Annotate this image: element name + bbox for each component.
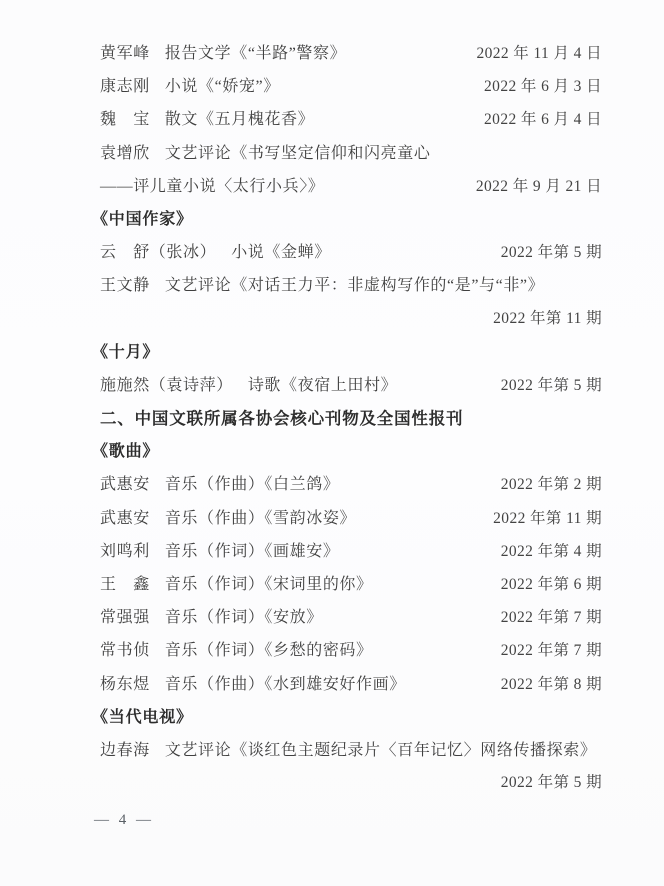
line-text: 王文静文艺评论《对话王力平：非虚构写作的“是”与“非”》 (100, 272, 602, 295)
work-title: 音乐（作曲）《水到雄安好作画》 (165, 676, 406, 693)
line-text: 武惠安音乐（作曲）《雪韵冰姿》 (100, 505, 493, 528)
publication-date: 2022 年第 6 期 (501, 572, 602, 594)
entry-row: 云 舒（张冰）小说《金蝉》2022 年第 5 期 (0, 239, 664, 272)
line-text: 边春海文艺评论《谈红色主题纪录片〈百年记忆〉网络传播探索》 (100, 737, 602, 760)
section-heading: 二、中国文联所属各协会核心刊物及全国性报刊 (100, 410, 463, 428)
work-title: 音乐（作词）《宋词里的你》 (165, 576, 373, 593)
entry-row: 袁增欣文艺评论《书写坚定信仰和闪亮童心 (0, 140, 664, 173)
work-title: 小说《金蝉》 (231, 244, 331, 261)
journal-title: 《当代电视》 (92, 709, 193, 726)
publication-date: 2022 年 6 月 3 日 (484, 74, 602, 96)
work-title: 文艺评论《对话王力平：非虚构写作的“是”与“非”》 (165, 277, 544, 294)
entry-row: 常书侦音乐（作词）《乡愁的密码》2022 年第 7 期 (0, 637, 664, 670)
work-title: 音乐（作词）《乡愁的密码》 (165, 642, 373, 659)
entry-row: 王 鑫音乐（作词）《宋词里的你》2022 年第 6 期 (0, 571, 664, 604)
entry-row: 边春海文艺评论《谈红色主题纪录片〈百年记忆〉网络传播探索》 (0, 737, 664, 770)
author-name: 边春海 (100, 742, 150, 759)
journal-row: 《歌曲》 (0, 438, 664, 471)
journal-row: 《十月》 (0, 339, 664, 372)
author-name: 云 舒（张冰） (100, 244, 216, 261)
heading-row: 二、中国文联所属各协会核心刊物及全国性报刊 (0, 405, 664, 438)
journal-title: 《歌曲》 (92, 443, 159, 460)
publication-date: 2022 年 11 月 4 日 (476, 41, 602, 63)
line-text: 二、中国文联所属各协会核心刊物及全国性报刊 (100, 405, 602, 429)
document-page: 黄军峰报告文学《“半路”警察》2022 年 11 月 4 日康志刚小说《“娇宠”… (0, 0, 664, 886)
document-body: 黄军峰报告文学《“半路”警察》2022 年 11 月 4 日康志刚小说《“娇宠”… (0, 40, 664, 803)
publication-date: 2022 年第 7 期 (501, 638, 602, 660)
entry-row: 王文静文艺评论《对话王力平：非虚构写作的“是”与“非”》 (0, 272, 664, 305)
line-text: 《歌曲》 (92, 438, 602, 461)
date-only-row: 2022 年第 5 期 (0, 770, 664, 803)
publication-date: 2022 年第 5 期 (501, 373, 602, 395)
line-text: 常强强音乐（作词）《安放》 (100, 604, 501, 627)
work-title: 文艺评论《书写坚定信仰和闪亮童心 (165, 145, 431, 162)
publication-date: 2022 年第 5 期 (501, 240, 602, 262)
author-name: 刘鸣利 (100, 543, 150, 560)
entry-row: 常强强音乐（作词）《安放》2022 年第 7 期 (0, 604, 664, 637)
author-name: 武惠安 (100, 510, 150, 527)
line-text: 刘鸣利音乐（作词）《画雄安》 (100, 538, 501, 561)
author-name: 武惠安 (100, 476, 150, 493)
line-text: ——评儿童小说〈太行小兵〉》 (100, 173, 476, 196)
work-title: 文艺评论《谈红色主题纪录片〈百年记忆〉网络传播探索》 (165, 742, 597, 759)
work-title: 报告文学《“半路”警察》 (165, 45, 346, 62)
publication-date: 2022 年第 4 期 (501, 539, 602, 561)
continuation-row: ——评儿童小说〈太行小兵〉》2022 年 9 月 21 日 (0, 173, 664, 206)
line-text: 武惠安音乐（作曲）《白兰鸽》 (100, 471, 501, 494)
journal-title: 《十月》 (92, 344, 159, 361)
line-text: 《中国作家》 (92, 206, 602, 229)
line-text: 《十月》 (92, 339, 602, 362)
journal-title: 《中国作家》 (92, 211, 193, 228)
date-only-row: 2022 年第 11 期 (0, 306, 664, 339)
entry-row: 杨东煜音乐（作曲）《水到雄安好作画》2022 年第 8 期 (0, 671, 664, 704)
line-text: 黄军峰报告文学《“半路”警察》 (100, 40, 476, 63)
author-name: 袁增欣 (100, 145, 150, 162)
work-title: 音乐（作曲）《雪韵冰姿》 (165, 510, 356, 527)
author-name: 常强强 (100, 609, 150, 626)
line-text: 杨东煜音乐（作曲）《水到雄安好作画》 (100, 671, 501, 694)
entry-row: 武惠安音乐（作曲）《雪韵冰姿》2022 年第 11 期 (0, 505, 664, 538)
entry-row: 刘鸣利音乐（作词）《画雄安》2022 年第 4 期 (0, 538, 664, 571)
publication-date: 2022 年第 11 期 (493, 506, 602, 528)
line-text: 施施然（袁诗萍）诗歌《夜宿上田村》 (100, 372, 501, 395)
line-text: 魏 宝散文《五月槐花香》 (100, 106, 484, 129)
line-text: 王 鑫音乐（作词）《宋词里的你》 (100, 571, 501, 594)
publication-date: 2022 年 9 月 21 日 (476, 174, 602, 196)
work-title: 音乐（作词）《安放》 (165, 609, 323, 626)
line-text: 《当代电视》 (92, 704, 602, 727)
journal-row: 《当代电视》 (0, 704, 664, 737)
entry-row: 魏 宝散文《五月槐花香》2022 年 6 月 4 日 (0, 106, 664, 139)
entry-row: 武惠安音乐（作曲）《白兰鸽》2022 年第 2 期 (0, 471, 664, 504)
work-title: 散文《五月槐花香》 (165, 111, 314, 128)
journal-row: 《中国作家》 (0, 206, 664, 239)
line-text: 常书侦音乐（作词）《乡愁的密码》 (100, 637, 501, 660)
publication-date: 2022 年第 5 期 (501, 770, 602, 792)
line-text: 康志刚小说《“娇宠”》 (100, 73, 484, 96)
publication-date: 2022 年第 11 期 (493, 306, 602, 328)
publication-date: 2022 年第 2 期 (501, 472, 602, 494)
line-text: 袁增欣文艺评论《书写坚定信仰和闪亮童心 (100, 140, 602, 163)
work-title: 音乐（作词）《画雄安》 (165, 543, 340, 560)
work-title: 小说《“娇宠”》 (165, 78, 280, 95)
author-name: 杨东煜 (100, 676, 150, 693)
continuation-text: ——评儿童小说〈太行小兵〉》 (100, 178, 324, 195)
author-name: 魏 宝 (100, 111, 150, 128)
author-name: 王文静 (100, 277, 150, 294)
publication-date: 2022 年 6 月 4 日 (484, 107, 602, 129)
entry-row: 施施然（袁诗萍）诗歌《夜宿上田村》2022 年第 5 期 (0, 372, 664, 405)
author-name: 黄军峰 (100, 45, 150, 62)
publication-date: 2022 年第 8 期 (501, 672, 602, 694)
work-title: 诗歌《夜宿上田村》 (248, 377, 397, 394)
line-text: 云 舒（张冰）小说《金蝉》 (100, 239, 501, 262)
author-name: 王 鑫 (100, 576, 150, 593)
author-name: 施施然（袁诗萍） (100, 377, 233, 394)
work-title: 音乐（作曲）《白兰鸽》 (165, 476, 340, 493)
publication-date: 2022 年第 7 期 (501, 605, 602, 627)
entry-row: 黄军峰报告文学《“半路”警察》2022 年 11 月 4 日 (0, 40, 664, 73)
page-number: — 4 — (94, 812, 154, 829)
author-name: 康志刚 (100, 78, 150, 95)
entry-row: 康志刚小说《“娇宠”》2022 年 6 月 3 日 (0, 73, 664, 106)
author-name: 常书侦 (100, 642, 150, 659)
